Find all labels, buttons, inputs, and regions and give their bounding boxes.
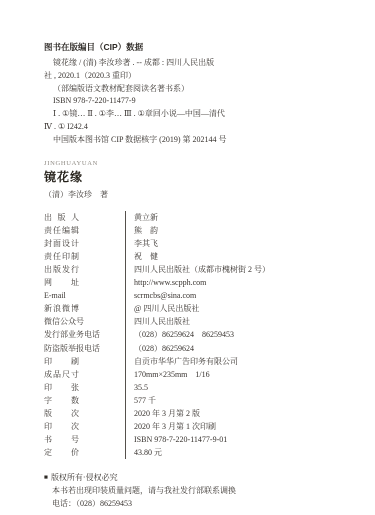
cip-line: 社 , 2020.1（2020.3 重印） xyxy=(44,70,337,83)
colophon-row: 防盗版举报电话（028）86259624 xyxy=(44,342,337,355)
colophon-row-label: 防盗版举报电话 xyxy=(44,342,125,355)
colophon-row-value: 李其飞 xyxy=(125,237,158,250)
copyright-notice: ■版权所有·侵权必究 xyxy=(44,472,337,485)
quality-notice-line: 本书若出现印装质量问题，请与我社发行部联系调换 xyxy=(44,485,337,498)
cip-line: ISBN 978-7-220-11477-9 xyxy=(44,95,337,108)
book-title: 镜花缘 xyxy=(44,168,337,185)
footer-phone-line: 电话：（028）86259453 xyxy=(44,498,337,511)
colophon-row-label-text: 网址 xyxy=(44,276,79,289)
colophon-row: 发行部业务电话（028）86259624 86259453 xyxy=(44,328,337,341)
colophon-row-label: 成品尺寸 xyxy=(44,368,125,381)
colophon-row-label-text: 版次 xyxy=(44,407,79,420)
colophon-row: 书号ISBN 978-7-220-11477-9-01 xyxy=(44,433,337,446)
colophon-row-value: 35.5 xyxy=(125,381,148,394)
cip-line: Ⅰ . ①镜… Ⅱ . ①李… Ⅲ . ①章回小说—中国—清代 xyxy=(44,108,337,121)
colophon-row-label: 版次 xyxy=(44,407,125,420)
colophon-row-label: 书号 xyxy=(44,433,125,446)
colophon-row-label: 出版发行 xyxy=(44,263,125,276)
colophon-row-label: 印张 xyxy=(44,381,125,394)
square-bullet-icon: ■ xyxy=(44,474,48,481)
colophon-row-label-text: 出版发行 xyxy=(44,263,79,276)
colophon-table: 出版人黄立新责任编辑熊 韵封面设计李其飞责任印制祝 健出版发行四川人民出版社（成… xyxy=(44,211,337,460)
colophon-row: 印刷自贡市华华广告印务有限公司 xyxy=(44,355,337,368)
colophon-row-label: 定价 xyxy=(44,446,125,459)
colophon-row-label-text: 出版人 xyxy=(44,211,79,224)
cip-section: 图书在版编目（CIP）数据 镜花缘 / (清) 李汝珍著 . -- 成都 : 四… xyxy=(44,41,337,147)
colophon-row-label-text: 字数 xyxy=(44,394,79,407)
colophon-row-label: 封面设计 xyxy=(44,237,125,250)
colophon-row: 印次2020 年 3 月第 1 次印刷 xyxy=(44,420,337,433)
title-pinyin: JINGHUAYUAN xyxy=(44,160,337,167)
colophon-row-value: 祝 健 xyxy=(125,250,158,263)
colophon-row-value: 577 千 xyxy=(125,394,156,407)
colophon-row-value: 熊 韵 xyxy=(125,224,158,237)
copyright-footer: ■版权所有·侵权必究 本书若出现印装质量问题，请与我社发行部联系调换 电话：（0… xyxy=(44,472,337,510)
colophon-row-value: 四川人民出版社（成都市槐树街 2 号） xyxy=(125,263,270,276)
colophon-row-value: 2020 年 3 月第 2 版 xyxy=(125,407,200,420)
colophon-row-label: 责任印制 xyxy=(44,250,125,263)
cip-lines: 镜花缘 / (清) 李汝珍著 . -- 成都 : 四川人民出版社 , 2020.… xyxy=(44,57,337,147)
colophon-row-label-text: 发行部业务电话 xyxy=(44,330,100,339)
colophon-row-value: 黄立新 xyxy=(125,211,158,224)
colophon-row-label-text: 微信公众号 xyxy=(44,317,84,326)
colophon-row-value: http://www.scpph.com xyxy=(125,276,206,289)
colophon-row-value: 43.80 元 xyxy=(125,446,162,459)
book-copyright-page: 图书在版编目（CIP）数据 镜花缘 / (清) 李汝珍著 . -- 成都 : 四… xyxy=(0,0,375,515)
colophon-row-value: 自贡市华华广告印务有限公司 xyxy=(125,355,238,368)
colophon-row-label-text: 印次 xyxy=(44,420,79,433)
colophon-row-label: 网址 xyxy=(44,276,125,289)
colophon-row-label-text: E-mail xyxy=(44,291,66,300)
colophon-row-label-text: 成品尺寸 xyxy=(44,368,79,381)
title-block: JINGHUAYUAN 镜花缘 （清）李汝珍 著 xyxy=(44,160,337,200)
colophon-row: 责任印制祝 健 xyxy=(44,250,337,263)
colophon-row-label-text: 防盗版举报电话 xyxy=(44,344,100,353)
colophon-row: 定价43.80 元 xyxy=(44,446,337,459)
colophon-row-label-text: 印刷 xyxy=(44,355,79,368)
colophon-row-value: 四川人民出版社 xyxy=(125,315,190,328)
colophon-row-value: ISBN 978-7-220-11477-9-01 xyxy=(125,433,227,446)
colophon-row-label: 出版人 xyxy=(44,211,125,224)
colophon-row-value: （028）86259624 xyxy=(125,342,194,355)
colophon-row: 新浪微博@ 四川人民出版社 xyxy=(44,302,337,315)
colophon-row-label-text: 书号 xyxy=(44,433,79,446)
colophon-row-label: 新浪微博 xyxy=(44,302,125,315)
colophon-row-label: 印次 xyxy=(44,420,125,433)
cip-line: （部编版语文教材配套阅读名著书系） xyxy=(44,83,337,96)
colophon-row-value: scrmcbs@sina.com xyxy=(125,289,196,302)
cip-line: 中国版本图书馆 CIP 数据核字 (2019) 第 202144 号 xyxy=(44,134,337,147)
colophon-row-label-text: 责任编辑 xyxy=(44,224,79,237)
colophon-row: E-mailscrmcbs@sina.com xyxy=(44,289,337,302)
colophon-row: 印张35.5 xyxy=(44,381,337,394)
colophon-row: 微信公众号四川人民出版社 xyxy=(44,315,337,328)
colophon-row-label: E-mail xyxy=(44,289,125,302)
colophon-row: 网址http://www.scpph.com xyxy=(44,276,337,289)
colophon-row-label: 字数 xyxy=(44,394,125,407)
cip-heading: 图书在版编目（CIP）数据 xyxy=(44,41,337,53)
colophon-row-label-text: 新浪微博 xyxy=(44,302,79,315)
colophon-row: 版次2020 年 3 月第 2 版 xyxy=(44,407,337,420)
colophon-row: 字数577 千 xyxy=(44,394,337,407)
colophon-row-label: 发行部业务电话 xyxy=(44,328,125,341)
cip-line: 镜花缘 / (清) 李汝珍著 . -- 成都 : 四川人民出版 xyxy=(44,57,337,70)
colophon-row-label-text: 定价 xyxy=(44,446,79,459)
colophon-row-label: 责任编辑 xyxy=(44,224,125,237)
copyright-notice-text: 版权所有·侵权必究 xyxy=(51,473,118,482)
colophon-row-value: @ 四川人民出版社 xyxy=(125,302,199,315)
colophon-row-value: （028）86259624 86259453 xyxy=(125,328,234,341)
colophon-row-value: 170mm×235mm 1/16 xyxy=(125,368,210,381)
colophon-row: 封面设计李其飞 xyxy=(44,237,337,250)
colophon-row: 出版发行四川人民出版社（成都市槐树街 2 号） xyxy=(44,263,337,276)
colophon-row-label: 印刷 xyxy=(44,355,125,368)
colophon-row-value: 2020 年 3 月第 1 次印刷 xyxy=(125,420,216,433)
colophon-row-label-text: 印张 xyxy=(44,381,79,394)
colophon-row-label: 微信公众号 xyxy=(44,315,125,328)
cip-line: Ⅳ . ① I242.4 xyxy=(44,121,337,134)
colophon-row: 成品尺寸170mm×235mm 1/16 xyxy=(44,368,337,381)
colophon-row-label-text: 封面设计 xyxy=(44,237,79,250)
book-author: （清）李汝珍 著 xyxy=(44,189,337,200)
colophon-row: 责任编辑熊 韵 xyxy=(44,224,337,237)
colophon-row-label-text: 责任印制 xyxy=(44,250,79,263)
colophon-row: 出版人黄立新 xyxy=(44,211,337,224)
